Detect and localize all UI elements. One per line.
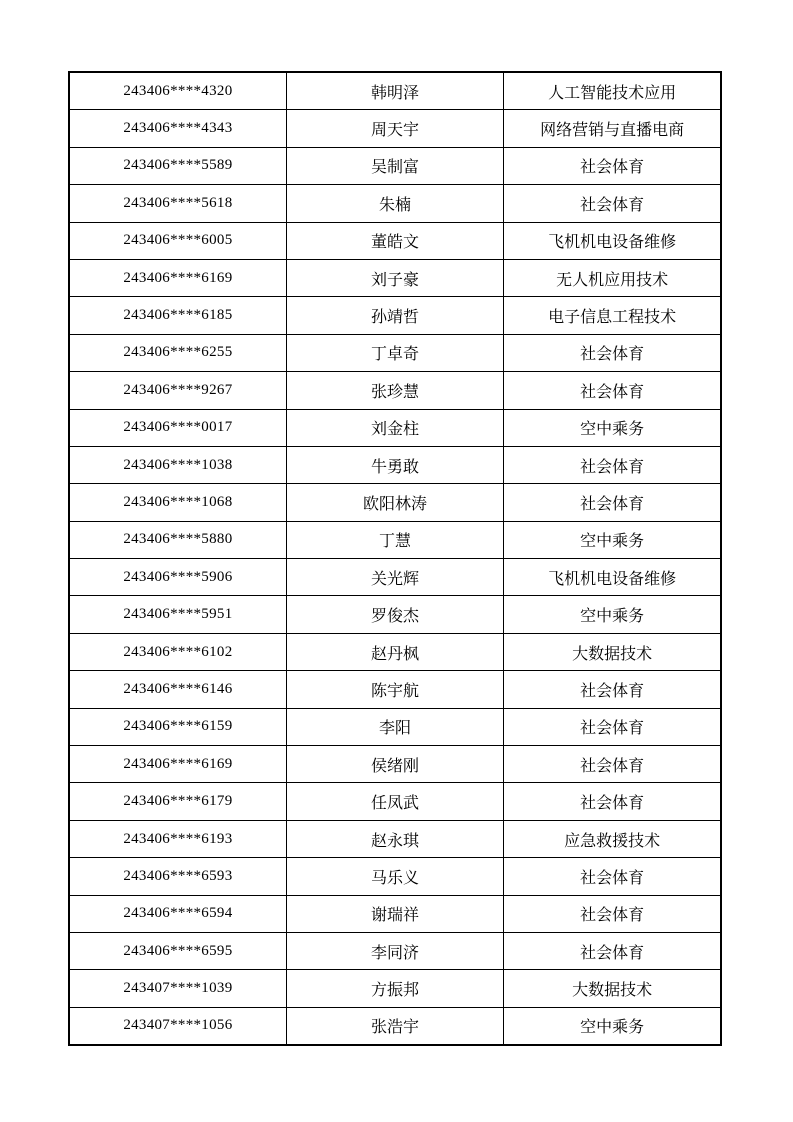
- table-row: 243406****1068欧阳林涛社会体育: [69, 484, 721, 521]
- table-row: 243406****6193赵永琪应急救援技术: [69, 820, 721, 857]
- table-row: 243406****6102赵丹枫大数据技术: [69, 633, 721, 670]
- table-row: 243406****1038牛勇敢社会体育: [69, 446, 721, 483]
- student-list-body: 243406****4320韩明泽人工智能技术应用243406****4343周…: [69, 72, 721, 1045]
- table-row: 243406****5618朱楠社会体育: [69, 185, 721, 222]
- candidate-major-cell: 社会体育: [504, 484, 721, 521]
- candidate-id-cell: 243406****5880: [69, 521, 286, 558]
- table-row: 243407****1039方振邦大数据技术: [69, 970, 721, 1007]
- candidate-name-cell: 周天宇: [286, 110, 503, 147]
- candidate-id-cell: 243406****5618: [69, 185, 286, 222]
- candidate-name-cell: 谢瑞祥: [286, 895, 503, 932]
- candidate-id-cell: 243406****5906: [69, 559, 286, 596]
- candidate-major-cell: 社会体育: [504, 895, 721, 932]
- candidate-name-cell: 任凤武: [286, 783, 503, 820]
- candidate-major-cell: 飞机机电设备维修: [504, 222, 721, 259]
- candidate-id-cell: 243406****1038: [69, 446, 286, 483]
- candidate-name-cell: 马乐义: [286, 858, 503, 895]
- candidate-major-cell: 社会体育: [504, 372, 721, 409]
- candidate-id-cell: 243406****6169: [69, 746, 286, 783]
- table-row: 243406****6255丁卓奇社会体育: [69, 334, 721, 371]
- candidate-name-cell: 陈宇航: [286, 671, 503, 708]
- candidate-name-cell: 关光辉: [286, 559, 503, 596]
- candidate-id-cell: 243406****6146: [69, 671, 286, 708]
- candidate-name-cell: 赵丹枫: [286, 633, 503, 670]
- candidate-id-cell: 243406****5589: [69, 147, 286, 184]
- candidate-id-cell: 243406****5951: [69, 596, 286, 633]
- candidate-name-cell: 孙靖哲: [286, 297, 503, 334]
- candidate-major-cell: 飞机机电设备维修: [504, 559, 721, 596]
- candidate-id-cell: 243406****6179: [69, 783, 286, 820]
- table-row: 243406****9267张珍慧社会体育: [69, 372, 721, 409]
- candidate-name-cell: 韩明泽: [286, 72, 503, 110]
- candidate-id-cell: 243406****4343: [69, 110, 286, 147]
- candidate-id-cell: 243406****6102: [69, 633, 286, 670]
- candidate-major-cell: 大数据技术: [504, 970, 721, 1007]
- candidate-major-cell: 社会体育: [504, 671, 721, 708]
- table-row: 243406****6593马乐义社会体育: [69, 858, 721, 895]
- candidate-major-cell: 大数据技术: [504, 633, 721, 670]
- candidate-major-cell: 社会体育: [504, 185, 721, 222]
- candidate-id-cell: 243406****6593: [69, 858, 286, 895]
- candidate-id-cell: 243406****4320: [69, 72, 286, 110]
- candidate-id-cell: 243406****6193: [69, 820, 286, 857]
- candidate-major-cell: 社会体育: [504, 858, 721, 895]
- candidate-name-cell: 赵永琪: [286, 820, 503, 857]
- candidate-major-cell: 社会体育: [504, 746, 721, 783]
- candidate-major-cell: 社会体育: [504, 708, 721, 745]
- table-row: 243406****5880丁慧空中乘务: [69, 521, 721, 558]
- candidate-id-cell: 243406****6185: [69, 297, 286, 334]
- candidate-id-cell: 243407****1056: [69, 1007, 286, 1045]
- candidate-major-cell: 电子信息工程技术: [504, 297, 721, 334]
- candidate-major-cell: 应急救援技术: [504, 820, 721, 857]
- candidate-major-cell: 人工智能技术应用: [504, 72, 721, 110]
- candidate-name-cell: 张珍慧: [286, 372, 503, 409]
- candidate-id-cell: 243406****1068: [69, 484, 286, 521]
- candidate-id-cell: 243406****0017: [69, 409, 286, 446]
- candidate-id-cell: 243406****6255: [69, 334, 286, 371]
- candidate-major-cell: 社会体育: [504, 334, 721, 371]
- candidate-name-cell: 罗俊杰: [286, 596, 503, 633]
- candidate-name-cell: 李阳: [286, 708, 503, 745]
- candidate-id-cell: 243406****6169: [69, 259, 286, 296]
- table-row: 243406****5906关光辉飞机机电设备维修: [69, 559, 721, 596]
- candidate-id-cell: 243406****6594: [69, 895, 286, 932]
- candidate-id-cell: 243406****6159: [69, 708, 286, 745]
- table-row: 243406****6169刘子豪无人机应用技术: [69, 259, 721, 296]
- candidate-name-cell: 董皓文: [286, 222, 503, 259]
- candidate-name-cell: 牛勇敢: [286, 446, 503, 483]
- candidate-name-cell: 丁卓奇: [286, 334, 503, 371]
- candidate-name-cell: 张浩宇: [286, 1007, 503, 1045]
- candidate-name-cell: 方振邦: [286, 970, 503, 1007]
- candidate-id-cell: 243407****1039: [69, 970, 286, 1007]
- candidate-name-cell: 刘金柱: [286, 409, 503, 446]
- table-row: 243406****4320韩明泽人工智能技术应用: [69, 72, 721, 110]
- table-row: 243407****1056张浩宇空中乘务: [69, 1007, 721, 1045]
- table-row: 243406****5589吴制富社会体育: [69, 147, 721, 184]
- table-row: 243406****6595李同济社会体育: [69, 932, 721, 969]
- table-row: 243406****6005董皓文飞机机电设备维修: [69, 222, 721, 259]
- table-row: 243406****6594谢瑞祥社会体育: [69, 895, 721, 932]
- candidate-id-cell: 243406****6595: [69, 932, 286, 969]
- candidate-name-cell: 丁慧: [286, 521, 503, 558]
- student-list-table: 243406****4320韩明泽人工智能技术应用243406****4343周…: [68, 71, 722, 1046]
- table-row: 243406****4343周天宇网络营销与直播电商: [69, 110, 721, 147]
- table-row: 243406****0017刘金柱空中乘务: [69, 409, 721, 446]
- candidate-major-cell: 空中乘务: [504, 409, 721, 446]
- candidate-major-cell: 社会体育: [504, 446, 721, 483]
- candidate-name-cell: 吴制富: [286, 147, 503, 184]
- candidate-name-cell: 刘子豪: [286, 259, 503, 296]
- candidate-major-cell: 无人机应用技术: [504, 259, 721, 296]
- table-row: 243406****5951罗俊杰空中乘务: [69, 596, 721, 633]
- candidate-id-cell: 243406****6005: [69, 222, 286, 259]
- table-row: 243406****6159李阳社会体育: [69, 708, 721, 745]
- table-row: 243406****6179任凤武社会体育: [69, 783, 721, 820]
- table-row: 243406****6185孙靖哲电子信息工程技术: [69, 297, 721, 334]
- candidate-name-cell: 朱楠: [286, 185, 503, 222]
- candidate-name-cell: 侯绪刚: [286, 746, 503, 783]
- candidate-name-cell: 欧阳林涛: [286, 484, 503, 521]
- candidate-id-cell: 243406****9267: [69, 372, 286, 409]
- document-page: 243406****4320韩明泽人工智能技术应用243406****4343周…: [0, 0, 793, 1122]
- candidate-major-cell: 网络营销与直播电商: [504, 110, 721, 147]
- candidate-major-cell: 空中乘务: [504, 1007, 721, 1045]
- candidate-major-cell: 社会体育: [504, 783, 721, 820]
- candidate-major-cell: 空中乘务: [504, 596, 721, 633]
- candidate-major-cell: 社会体育: [504, 147, 721, 184]
- table-row: 243406****6146陈宇航社会体育: [69, 671, 721, 708]
- candidate-name-cell: 李同济: [286, 932, 503, 969]
- candidate-major-cell: 社会体育: [504, 932, 721, 969]
- candidate-major-cell: 空中乘务: [504, 521, 721, 558]
- table-row: 243406****6169侯绪刚社会体育: [69, 746, 721, 783]
